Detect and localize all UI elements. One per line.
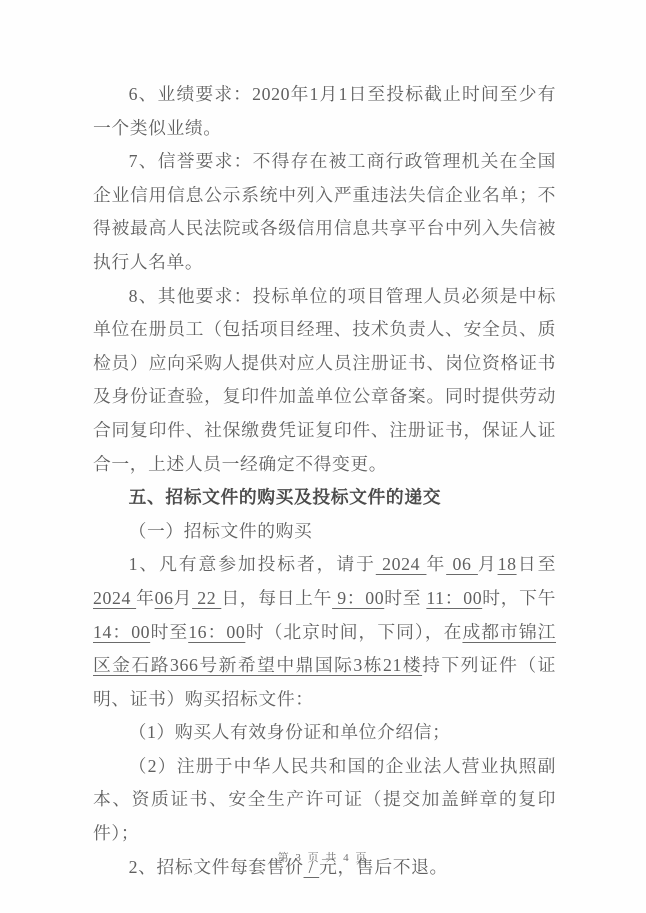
- underlined-blank: 14：00: [93, 622, 150, 642]
- text-run: 日至: [517, 554, 556, 574]
- text-run: 8、其他要求：投标单位的项目管理人员必须是中标单位在册员工（包括项目经理、技术负…: [93, 286, 556, 474]
- purchase-item-1: 1、凡有意参加投标者，请于 2024 年 06 月18日至 2024 年06月 …: [93, 548, 556, 716]
- underlined-blank: 18: [498, 554, 517, 574]
- underlined-blank: 2024: [376, 554, 427, 574]
- text-run: 月: [478, 554, 498, 574]
- underlined-blank: 9：00: [332, 588, 384, 608]
- underlined-blank: 11：00: [426, 588, 482, 608]
- text-run: 1、凡有意参加投标者，请于: [129, 554, 376, 574]
- underlined-blank: 22: [192, 588, 221, 608]
- document-page: 6、业绩要求：2020年1月1日至投标截止时间至少有一个类似业绩。7、信誉要求：…: [0, 0, 646, 913]
- document-body: 6、业绩要求：2020年1月1日至投标截止时间至少有一个类似业绩。7、信誉要求：…: [93, 78, 556, 884]
- page-number-footer: 第 3 页 共 4 页: [0, 849, 646, 865]
- text-run: 五、招标文件的购买及投标文件的递交: [129, 487, 441, 507]
- certificate-item-1: （1）购买人有效身份证和单位介绍信；: [93, 716, 556, 750]
- text-run: 时，下午: [482, 588, 556, 608]
- text-run: 时（北京时间，下同），在: [245, 622, 462, 642]
- underlined-blank: 06: [155, 588, 174, 608]
- text-run: （1）购买人有效身份证和单位介绍信；: [129, 722, 451, 742]
- subsection-1-heading: （一）招标文件的购买: [93, 515, 556, 549]
- text-run: （一）招标文件的购买: [129, 521, 313, 541]
- text-run: （2）注册于中华人民共和国的企业法人营业执照副本、资质证书、安全生产许可证（提交…: [93, 756, 556, 843]
- text-run: 时至: [150, 622, 188, 642]
- section-5-heading: 五、招标文件的购买及投标文件的递交: [93, 481, 556, 515]
- underlined-blank: 06: [446, 554, 478, 574]
- item-8-other-requirement: 8、其他要求：投标单位的项目管理人员必须是中标单位在册员工（包括项目经理、技术负…: [93, 280, 556, 482]
- text-run: 年: [426, 554, 446, 574]
- text-run: 7、信誉要求：不得存在被工商行政管理机关在全国企业信用信息公示系统中列入严重违法…: [93, 151, 556, 272]
- text-run: 年: [136, 588, 154, 608]
- item-6-performance-requirement: 6、业绩要求：2020年1月1日至投标截止时间至少有一个类似业绩。: [93, 78, 556, 145]
- text-run: 日，每日上午: [221, 588, 332, 608]
- item-7-reputation-requirement: 7、信誉要求：不得存在被工商行政管理机关在全国企业信用信息公示系统中列入严重违法…: [93, 145, 556, 279]
- text-run: 月: [174, 588, 193, 608]
- text-run: 6、业绩要求：2020年1月1日至投标截止时间至少有一个类似业绩。: [93, 84, 556, 138]
- text-run: 时至: [384, 588, 426, 608]
- underlined-blank: 16：00: [188, 622, 245, 642]
- certificate-item-2: （2）注册于中华人民共和国的企业法人营业执照副本、资质证书、安全生产许可证（提交…: [93, 750, 556, 851]
- underlined-blank: 2024: [93, 588, 136, 608]
